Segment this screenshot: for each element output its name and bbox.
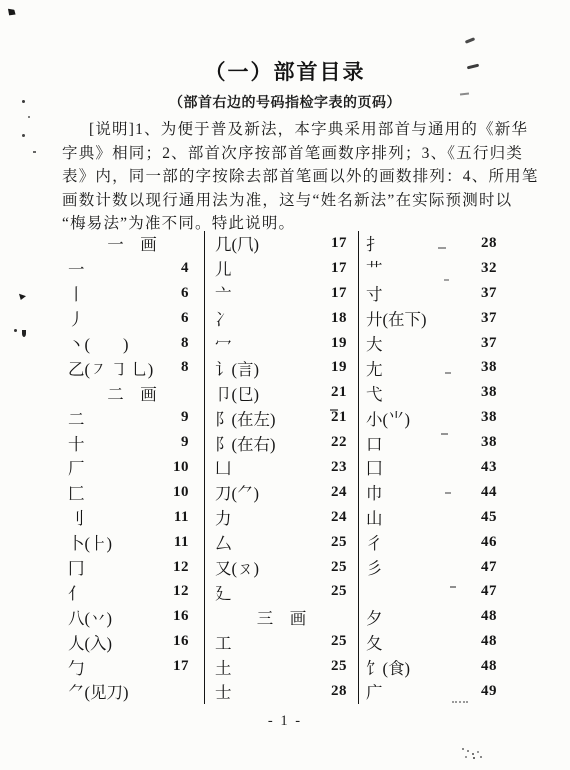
page-number: 10 — [173, 484, 204, 501]
radical-row: 勹17 — [60, 654, 204, 679]
page-number: 48 — [481, 608, 514, 625]
note-line: 表》内，同一部的字按除去部首笔画以外的画数排列：4、所用笔 — [62, 165, 518, 189]
radical-glyph: 广 — [359, 679, 383, 703]
radical-row: 工25 — [205, 629, 358, 654]
radical-row: 扌28 — [359, 231, 514, 256]
radical-row: 丿6 — [60, 306, 204, 331]
radical-row: 艹32 — [359, 256, 514, 281]
index-column-2: 几(⺇)17儿17亠17冫18冖19讠(言)19卩(㔾)21阝(在左)21阝(在… — [204, 231, 358, 704]
radical-row: 广49 — [359, 679, 514, 704]
page-number: 4 — [181, 260, 204, 277]
radical-glyph: 囗 — [359, 455, 383, 479]
scan-artifact — [450, 586, 456, 588]
index-column-1: 一 画一4丨6丿6丶( )8乙(㇇ ㇆ 乚)8二 画二9十9厂10匚10刂11卜… — [60, 231, 204, 704]
scan-artifact — [28, 116, 30, 118]
radical-glyph: 讠(言) — [205, 356, 259, 380]
scan-artifact — [445, 492, 451, 494]
page-number: 43 — [481, 459, 514, 476]
page-subtitle: （部首右边的号码指检字表的页码） — [0, 92, 570, 112]
radical-row: 阝(在右)22 — [205, 430, 358, 455]
scan-artifact — [465, 37, 475, 44]
radical-row: 47 — [359, 579, 514, 604]
radical-glyph: 冫 — [205, 306, 232, 330]
radical-row: 彳46 — [359, 530, 514, 555]
radical-row: 儿17 — [205, 256, 358, 281]
page-number: 18 — [331, 310, 358, 327]
explanatory-note: [说明]1、为便于普及新法，本字典采用部首与通用的《新华 字典》相同；2、部首次… — [62, 118, 518, 236]
radical-row: 土25 — [205, 654, 358, 679]
radical-glyph: 八(丷) — [60, 605, 112, 629]
radical-index-table: 一 画一4丨6丿6丶( )8乙(㇇ ㇆ 乚)8二 画二9十9厂10匚10刂11卜… — [60, 231, 514, 704]
page-number: 6 — [181, 285, 204, 302]
radical-row: 冖19 — [205, 331, 358, 356]
page-number: 48 — [481, 633, 514, 650]
scan-artifact — [452, 699, 468, 703]
note-line: 字典》相同；2、部首次序按部首笔画数序排列；3、《五行归类 — [62, 142, 518, 166]
radical-row: 十9 — [60, 430, 204, 455]
page-number: 19 — [331, 335, 358, 352]
radical-glyph: 丨 — [60, 281, 85, 305]
radical-row: 八(丷)16 — [60, 604, 204, 629]
radical-row: 大37 — [359, 331, 514, 356]
radical-glyph: 丿 — [60, 306, 85, 330]
radical-glyph: 人(入) — [60, 630, 112, 654]
radical-glyph: 力 — [205, 505, 232, 529]
radical-glyph: 彡 — [359, 555, 383, 579]
radical-row: 囗43 — [359, 455, 514, 480]
radical-glyph: 廴 — [205, 580, 232, 604]
radical-row: 丶( )8 — [60, 331, 204, 356]
page-number: 9 — [181, 409, 204, 426]
radical-glyph: 凵 — [205, 455, 232, 479]
scanned-dictionary-page: { "page": { "title": "（一）部首目录", "subtitl… — [0, 0, 570, 770]
page-number: 8 — [181, 359, 204, 376]
page-number: 49 — [481, 683, 514, 700]
scan-artifact — [438, 247, 446, 249]
radical-glyph: 口 — [359, 431, 383, 455]
scan-artifact — [6, 8, 17, 17]
radical-row: 亠17 — [205, 281, 358, 306]
radical-row: 廾(在下)37 — [359, 306, 514, 331]
page-number: 45 — [481, 509, 514, 526]
page-number: 22 — [331, 434, 358, 451]
page-number: 37 — [481, 310, 514, 327]
page-number: 16 — [173, 633, 204, 650]
radical-row: 饣(食)48 — [359, 654, 514, 679]
scan-artifact — [14, 329, 17, 332]
radical-glyph: 大 — [359, 331, 383, 355]
radical-row: 冫18 — [205, 306, 358, 331]
radical-glyph: 刀(⺈) — [205, 480, 259, 504]
page-number: 23 — [331, 459, 358, 476]
radical-row: 夂48 — [359, 629, 514, 654]
page-number: 25 — [331, 633, 358, 650]
page-number: 25 — [331, 534, 358, 551]
radical-row: ⺈(见刀) — [60, 679, 204, 704]
radical-row: 寸37 — [359, 281, 514, 306]
radical-glyph: 丶( ) — [60, 331, 129, 355]
stroke-count-header: 二 画 — [60, 380, 204, 405]
page-number: 19 — [331, 359, 358, 376]
page-title: （一）部首目录 — [0, 56, 570, 86]
radical-glyph: 扌 — [359, 231, 383, 255]
scan-artifact — [22, 100, 25, 103]
note-line: [说明]1、为便于普及新法，本字典采用部首与通用的《新华 — [62, 118, 518, 142]
radical-row: 丨6 — [60, 281, 204, 306]
radical-row: 山45 — [359, 505, 514, 530]
scan-artifact — [441, 433, 448, 435]
page-number: 21 — [331, 384, 358, 401]
radical-glyph: 弋 — [359, 381, 383, 405]
page-number: 17 — [173, 658, 204, 675]
radical-row: 尢38 — [359, 355, 514, 380]
scan-artifact — [19, 293, 26, 300]
radical-row: 士28 — [205, 679, 358, 704]
radical-glyph: 几(⺇) — [205, 231, 259, 255]
radical-row: 一4 — [60, 256, 204, 281]
radical-row: 乙(㇇ ㇆ 乚)8 — [60, 355, 204, 380]
radical-glyph: 又(ㄡ) — [205, 555, 259, 579]
radical-glyph: 儿 — [205, 256, 232, 280]
radical-row: 厂10 — [60, 455, 204, 480]
radical-row: 几(⺇)17 — [205, 231, 358, 256]
radical-row: 力24 — [205, 505, 358, 530]
scan-artifact — [445, 372, 451, 374]
radical-glyph: 亻 — [60, 580, 85, 604]
page-number: 37 — [481, 285, 514, 302]
radical-glyph: 卩(㔾) — [205, 381, 259, 405]
radical-row: 人(入)16 — [60, 629, 204, 654]
index-column-3: 扌28艹32寸37廾(在下)37大37尢38弋38小(⺌)38口38囗43巾44… — [358, 231, 514, 704]
page-number: 21 — [331, 409, 358, 426]
scan-artifact — [444, 279, 449, 281]
radical-glyph: 寸 — [359, 281, 383, 305]
scan-artifact — [462, 748, 464, 750]
page-number: 47 — [481, 559, 514, 576]
radical-row: 刀(⺈)24 — [205, 480, 358, 505]
page-number: 25 — [331, 559, 358, 576]
radical-glyph: 夂 — [359, 630, 383, 654]
radical-glyph: 士 — [205, 679, 232, 703]
page-number: 12 — [173, 559, 204, 576]
radical-glyph: ⺈(见刀) — [60, 679, 129, 703]
radical-glyph: 冖 — [205, 331, 232, 355]
stroke-count-header: 一 画 — [60, 231, 204, 256]
page-number: 10 — [173, 459, 204, 476]
radical-row: 厶25 — [205, 530, 358, 555]
page-number: 48 — [481, 658, 514, 675]
page-number: 24 — [331, 509, 358, 526]
page-number: 6 — [181, 310, 204, 327]
radical-glyph: 廾(在下) — [359, 306, 427, 330]
page-number-footer: - 1 - — [0, 713, 570, 730]
radical-row: 卜(⺊)11 — [60, 530, 204, 555]
radical-glyph: 冂 — [60, 555, 85, 579]
radical-row: 讠(言)19 — [205, 355, 358, 380]
radical-row: 刂11 — [60, 505, 204, 530]
radical-glyph: 厂 — [60, 455, 85, 479]
page-number: 17 — [331, 260, 358, 277]
scan-artifact — [22, 134, 25, 137]
radical-glyph: 饣(食) — [359, 655, 410, 679]
radical-glyph: 二 — [60, 406, 85, 430]
page-number: 38 — [481, 409, 514, 426]
radical-glyph: 艹 — [359, 256, 383, 280]
page-number: 44 — [481, 484, 514, 501]
page-number: 11 — [174, 509, 204, 526]
radical-glyph: 厶 — [205, 530, 232, 554]
radical-row: 亻12 — [60, 579, 204, 604]
radical-glyph: 亠 — [205, 281, 232, 305]
radical-glyph: 卜(⺊) — [60, 530, 112, 554]
radical-glyph: 十 — [60, 431, 85, 455]
page-number: 8 — [181, 335, 204, 352]
radical-glyph: 勹 — [60, 655, 85, 679]
radical-glyph: 尢 — [359, 356, 383, 380]
radical-glyph: 阝(在右) — [205, 431, 276, 455]
radical-row: 卩(㔾)21 — [205, 380, 358, 405]
stroke-count-header: 三 画 — [205, 604, 358, 629]
radical-glyph: 乙(㇇ ㇆ 乚) — [60, 356, 153, 380]
radical-row: 口38 — [359, 430, 514, 455]
radical-glyph: 巾 — [359, 480, 383, 504]
page-number: 24 — [331, 484, 358, 501]
radical-glyph: 山 — [359, 505, 383, 529]
radical-glyph: 匚 — [60, 480, 85, 504]
radical-row: 夕48 — [359, 604, 514, 629]
radical-row: 巾44 — [359, 480, 514, 505]
page-number: 9 — [181, 434, 204, 451]
radical-row: 廴25 — [205, 579, 358, 604]
page-number: 38 — [481, 434, 514, 451]
radical-glyph: 工 — [205, 630, 232, 654]
page-number: 25 — [331, 658, 358, 675]
radical-row: 匚10 — [60, 480, 204, 505]
radical-row: 冂12 — [60, 555, 204, 580]
radical-glyph: 阝(在左) — [205, 406, 276, 430]
radical-row: 彡47 — [359, 555, 514, 580]
radical-glyph: 一 — [60, 256, 85, 280]
radical-row: 小(⺌)38 — [359, 405, 514, 430]
page-number: 28 — [481, 235, 514, 252]
page-number: 38 — [481, 359, 514, 376]
page-number: 28 — [331, 683, 358, 700]
scan-artifact — [33, 151, 36, 153]
radical-glyph: 小(⺌) — [359, 406, 410, 430]
radical-row: 弋38 — [359, 380, 514, 405]
page-number: 46 — [481, 534, 514, 551]
page-number: 16 — [173, 608, 204, 625]
page-number: 12 — [173, 583, 204, 600]
page-number: 47 — [481, 583, 514, 600]
radical-row: 又(ㄡ)25 — [205, 555, 358, 580]
page-number: 37 — [481, 335, 514, 352]
scan-artifact — [22, 330, 26, 337]
page-number: 17 — [331, 235, 358, 252]
radical-glyph: 彳 — [359, 530, 383, 554]
radical-glyph: 土 — [205, 655, 232, 679]
radical-row: 凵23 — [205, 455, 358, 480]
page-number: 11 — [174, 534, 204, 551]
radical-row: 二9 — [60, 405, 204, 430]
note-line: 画数计数以现行通用法为准，这与“姓名新法”在实际预测时以 — [62, 189, 518, 213]
page-number: 25 — [331, 583, 358, 600]
page-number: 38 — [481, 384, 514, 401]
radical-glyph: 刂 — [60, 505, 85, 529]
page-number: 32 — [481, 260, 514, 277]
scan-artifact — [330, 409, 338, 411]
radical-glyph: 夕 — [359, 605, 383, 629]
page-number: 17 — [331, 285, 358, 302]
